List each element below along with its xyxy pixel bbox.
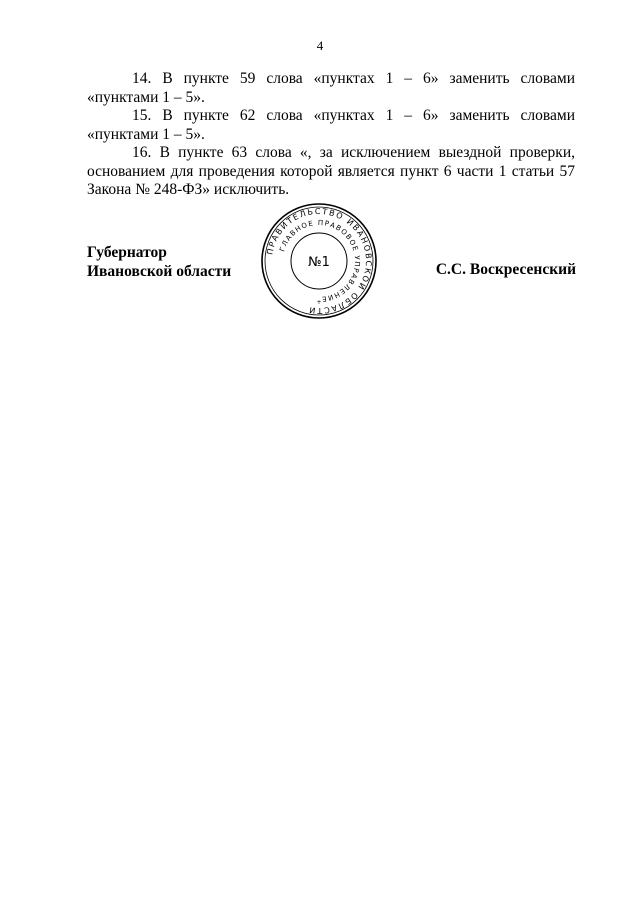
stamp-center-text: №1	[308, 255, 330, 270]
item-14-line2: «пунктами 1 – 5».	[87, 89, 575, 108]
item-15-line2: «пунктами 1 – 5».	[87, 126, 575, 145]
item-16-line2: основанием для проведения которой являет…	[87, 163, 575, 182]
item-14-line1: 14. В пункте 59 слова «пунктах 1 – 6» за…	[87, 70, 575, 89]
signature-position-line2: Ивановской области	[87, 262, 231, 281]
signatory-name: С.С. Воскресенский	[436, 261, 576, 279]
svg-text:+: +	[316, 299, 321, 306]
item-15-line1: 15. В пункте 62 слова «пунктах 1 – 6» за…	[87, 107, 575, 126]
item-16-line1: 16. В пункте 63 слова «, за исключением …	[87, 144, 575, 163]
item-16: 16. В пункте 63 слова «, за исключением …	[87, 144, 575, 200]
item-16-line3: Закона № 248-ФЗ» исключить.	[87, 181, 575, 200]
item-14: 14. В пункте 59 слова «пунктах 1 – 6» за…	[87, 70, 575, 107]
signature-position-line1: Губернатор	[87, 243, 231, 262]
signature-position: Губернатор Ивановской области	[87, 243, 231, 281]
item-15: 15. В пункте 62 слова «пунктах 1 – 6» за…	[87, 107, 575, 144]
page-number: 4	[0, 38, 640, 54]
official-stamp: ПРАВИТЕЛЬСТВО ИВАНОВСКОЙ ОБЛАСТИ ГЛАВНОЕ…	[258, 202, 380, 320]
